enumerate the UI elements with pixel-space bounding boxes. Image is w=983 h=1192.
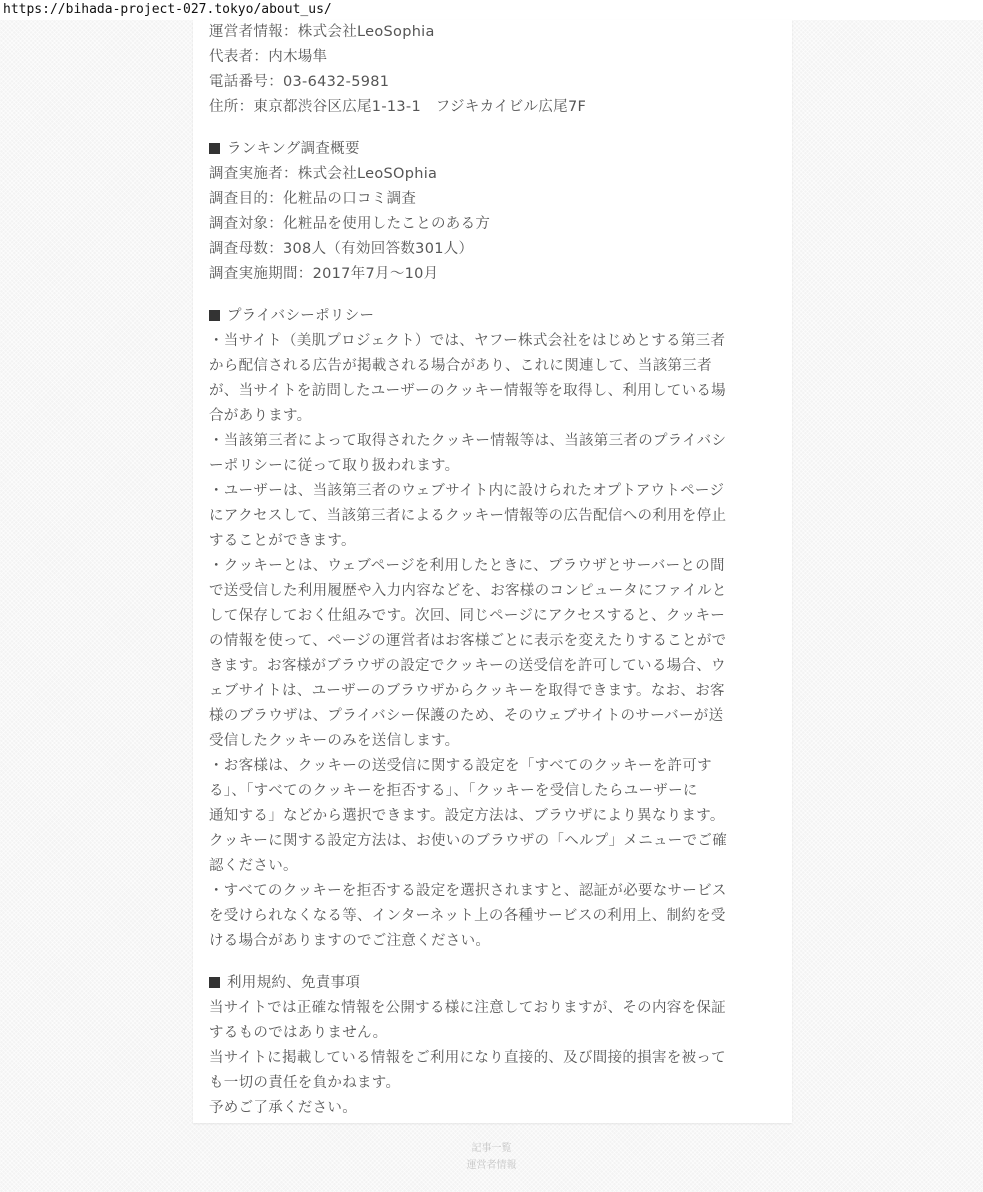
address-bar[interactable]: https://bihada-project-027.tokyo/about_u…: [0, 0, 983, 20]
privacy-policy-section: プライバシーポリシー ・当サイト（美肌プロジェクト）では、ヤフー株式会社をはじめ…: [209, 304, 776, 954]
content-card: 運営者情報：株式会社LeoSophia 代表者：内木場隼 電話番号：03-643…: [193, 20, 792, 1123]
privacy-text-line: が、当サイトを訪問したユーザーのクッキー情報等を取得し、利用している場: [209, 379, 776, 404]
terms-text-line: も一切の責任を負かねます。: [209, 1071, 776, 1096]
operator-representative: 代表者：内木場隼: [209, 45, 776, 70]
privacy-text-line: ェブサイトは、ユーザーのブラウザからクッキーを取得できます。なお、お客: [209, 679, 776, 704]
privacy-text-line: ・当該第三者によって取得されたクッキー情報等は、当該第三者のプライバシ: [209, 429, 776, 454]
privacy-text-line: することができます。: [209, 529, 776, 554]
section-heading: ランキング調査概要: [209, 137, 776, 162]
footer-link-operator-info[interactable]: 運営者情報: [0, 1157, 983, 1174]
privacy-text-line: ・お客様は、クッキーの送受信に関する設定を「すべてのクッキーを許可す: [209, 754, 776, 779]
privacy-text-line: 様のブラウザは、プライバシー保護のため、そのウェブサイトのサーバーが送: [209, 704, 776, 729]
square-bullet-icon: [209, 310, 220, 321]
privacy-text-line: きます。お客様がブラウザの設定でクッキーの送受信を許可している場合、ウ: [209, 654, 776, 679]
privacy-text-line: ーポリシーに従って取り扱われます。: [209, 454, 776, 479]
ranking-survey-section: ランキング調査概要 調査実施者：株式会社LeoSOphia 調査目的：化粧品の口…: [209, 137, 776, 287]
privacy-text-line: 合があります。: [209, 404, 776, 429]
survey-conductor: 調査実施者：株式会社LeoSOphia: [209, 162, 776, 187]
privacy-text-line: の情報を使って、ページの運営者はお客様ごとに表示を変えたりすることがで: [209, 629, 776, 654]
survey-sample-size: 調査母数：308人（有効回答数301人）: [209, 237, 776, 262]
section-heading: プライバシーポリシー: [209, 304, 776, 329]
privacy-text-line: ・クッキーとは、ウェブページを利用したときに、ブラウザとサーバーとの間: [209, 554, 776, 579]
terms-section: 利用規約、免責事項 当サイトでは正確な情報を公開する様に注意しておりますが、その…: [209, 971, 776, 1121]
operator-company: 運営者情報：株式会社LeoSophia: [209, 20, 776, 45]
privacy-text-line: ・すべてのクッキーを拒否する設定を選択されますと、認証が必要なサービス: [209, 879, 776, 904]
privacy-text-line: 通知する」などから選択できます。設定方法は、ブラウザにより異なります。: [209, 804, 776, 829]
operator-phone: 電話番号：03-6432-5981: [209, 70, 776, 95]
square-bullet-icon: [209, 143, 220, 154]
privacy-text-line: ・ユーザーは、当該第三者のウェブサイト内に設けられたオプトアウトページ: [209, 479, 776, 504]
privacy-text-line: 認ください。: [209, 854, 776, 879]
privacy-text-line: にアクセスして、当該第三者によるクッキー情報等の広告配信への利用を停止: [209, 504, 776, 529]
privacy-text-line: クッキーに関する設定方法は、お使いのブラウザの「ヘルプ」メニューでご確: [209, 829, 776, 854]
privacy-text-line: で送受信した利用履歴や入力内容などを、お客様のコンピュータにファイルと: [209, 579, 776, 604]
terms-text-line: 当サイトに掲載している情報をご利用になり直接的、及び間接的損害を被って: [209, 1046, 776, 1071]
privacy-text-line: して保存しておく仕組みです。次回、同じページにアクセスすると、クッキー: [209, 604, 776, 629]
terms-text-line: するものではありません。: [209, 1021, 776, 1046]
operator-info: 運営者情報：株式会社LeoSophia 代表者：内木場隼 電話番号：03-643…: [209, 20, 776, 120]
privacy-text-line: から配信される広告が掲載される場合があり、これに関連して、当該第三者: [209, 354, 776, 379]
section-heading: 利用規約、免責事項: [209, 971, 776, 996]
survey-target: 調査対象：化粧品を使用したことのある方: [209, 212, 776, 237]
terms-text-line: 予めご了承ください。: [209, 1096, 776, 1121]
privacy-text-line: 受信したクッキーのみを送信します。: [209, 729, 776, 754]
footer-link-article-list[interactable]: 記事一覧: [0, 1140, 983, 1157]
survey-period: 調査実施期間：2017年7月～10月: [209, 262, 776, 287]
survey-purpose: 調査目的：化粧品の口コミ調査: [209, 187, 776, 212]
operator-address: 住所：東京都渋谷区広尾1-13-1 フジキカイビル広尾7F: [209, 95, 776, 120]
privacy-text-line: ける場合がありますのでご注意ください。: [209, 929, 776, 954]
privacy-text-line: を受けられなくなる等、インターネット上の各種サービスの利用上、制約を受: [209, 904, 776, 929]
privacy-text-line: ・当サイト（美肌プロジェクト）では、ヤフー株式会社をはじめとする第三者: [209, 329, 776, 354]
privacy-text-line: る」、「すべてのクッキーを拒否する」、「クッキーを受信したらユーザーに: [209, 779, 776, 804]
square-bullet-icon: [209, 977, 220, 988]
terms-text-line: 当サイトでは正確な情報を公開する様に注意しておりますが、その内容を保証: [209, 996, 776, 1021]
url-text: https://bihada-project-027.tokyo/about_u…: [3, 2, 332, 17]
footer-nav: 記事一覧 運営者情報: [0, 1140, 983, 1174]
